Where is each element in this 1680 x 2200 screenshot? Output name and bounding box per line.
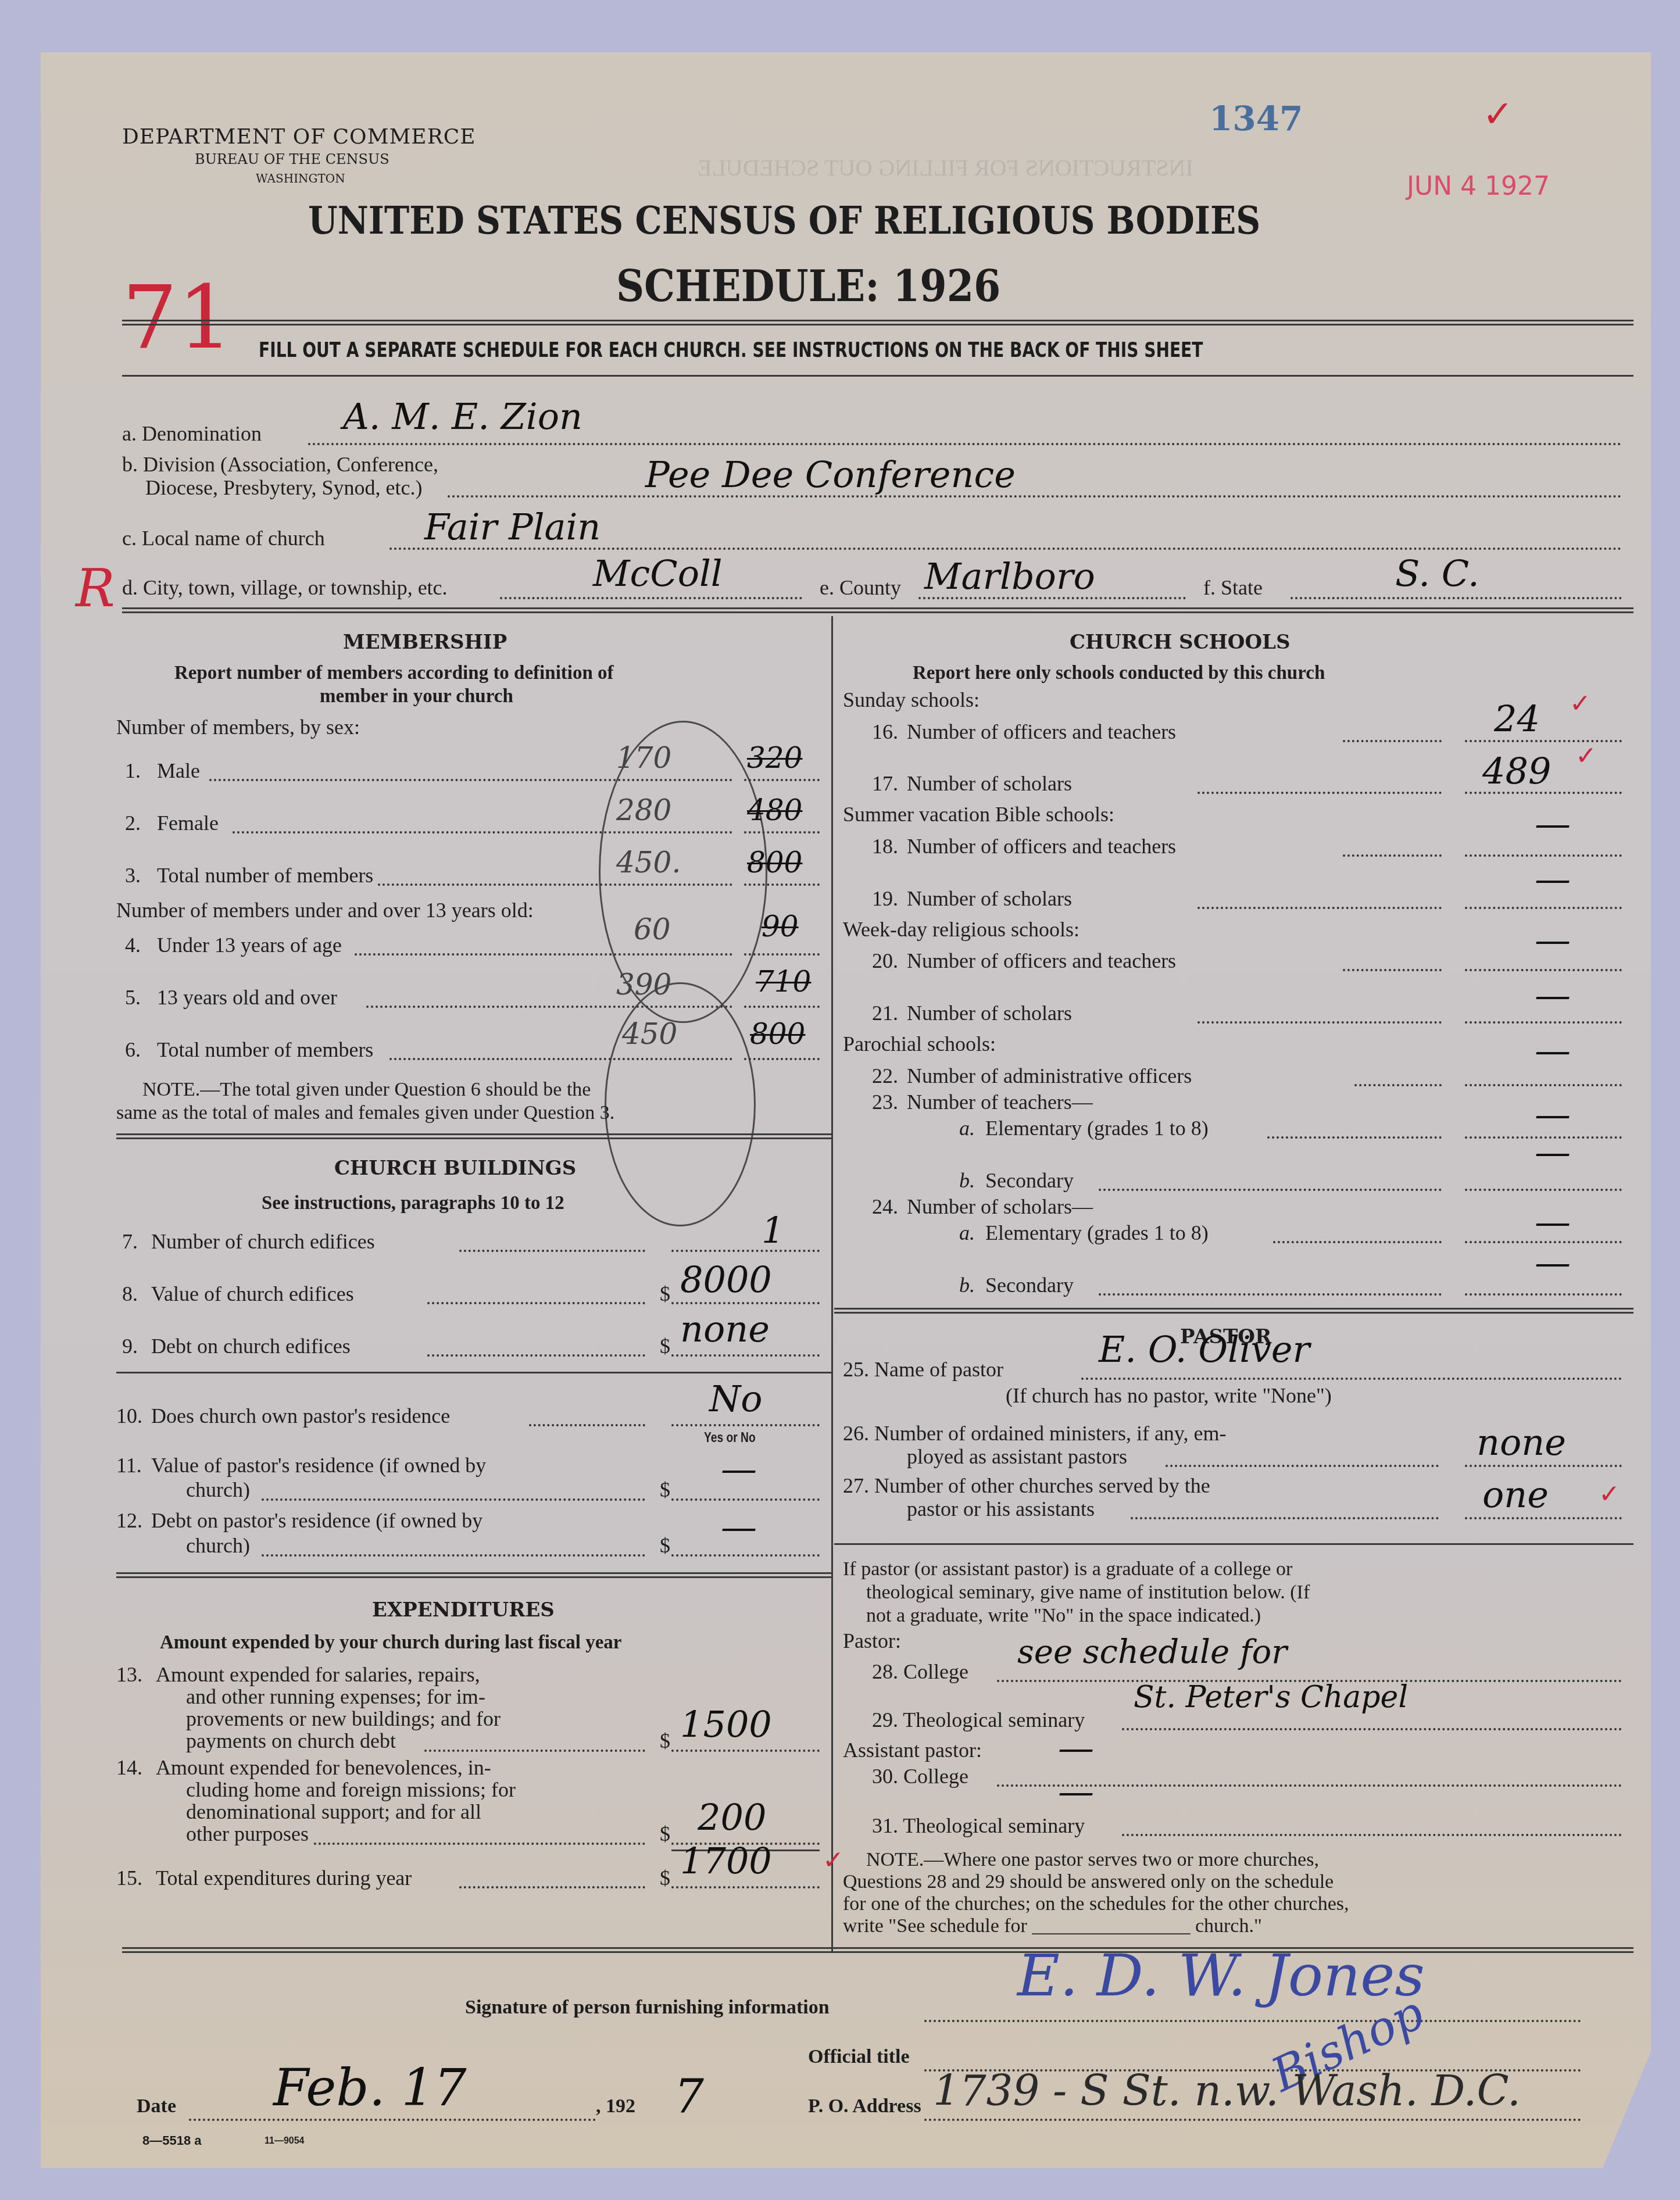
row-label: Male <box>157 759 200 783</box>
leader-line <box>366 1006 732 1008</box>
leader-line <box>459 1886 645 1888</box>
census-schedule-sheet: INSTRUCTIONS FOR FILLING OUT SCHEDULE DE… <box>41 52 1651 2168</box>
row-label: Value of church edifices <box>151 1282 354 1306</box>
church-schools-subtitle: Report here only schools conducted by th… <box>913 663 1325 684</box>
row-number: 19. <box>872 886 898 911</box>
assistant-seminary-value[interactable]: — <box>1058 1770 1094 1812</box>
weekday-teachers-value[interactable]: — <box>1535 918 1571 961</box>
leader-line <box>262 1498 645 1501</box>
leader-line <box>459 1250 645 1252</box>
answer-line <box>744 1006 820 1008</box>
assistant-subheading: Assistant pastor: <box>843 1738 982 1762</box>
row-label: Elementary (grades 1 to 8) <box>985 1221 1209 1245</box>
denomination-label: a. Denomination <box>122 421 262 446</box>
state-line <box>1291 597 1622 599</box>
answer-line <box>1465 969 1622 971</box>
assistant-pastors-label-1: 26. Number of ordained ministers, if any… <box>843 1421 1227 1446</box>
secondary-scholars-value[interactable]: — <box>1535 1241 1571 1283</box>
row-number: 4. <box>125 933 141 957</box>
row-number: 17. <box>872 771 898 796</box>
row-number: 5. <box>125 985 141 1010</box>
date-label: Date <box>137 2095 176 2117</box>
row-label: Total number of members <box>157 863 373 888</box>
secondary-teachers-value[interactable]: — <box>1535 1131 1571 1173</box>
row-label: other purposes <box>186 1822 309 1846</box>
benevolences-value[interactable]: 200 <box>698 1796 766 1838</box>
expenditures-subtitle: Amount expended by your church during la… <box>160 1632 622 1654</box>
sunday-schools-label: Sunday schools: <box>843 688 980 712</box>
graduate-note-2: theological seminary, give name of insti… <box>866 1581 1310 1604</box>
leader-line <box>233 831 732 834</box>
assistant-pastors-value[interactable]: none <box>1477 1421 1566 1464</box>
leader-line <box>1343 740 1442 742</box>
answer-line <box>1465 907 1622 909</box>
row-label: Number of scholars <box>907 771 1072 796</box>
pastor-seminary-label: 29. Theological seminary <box>872 1708 1085 1732</box>
address-value[interactable]: 1739 - S St. n.w. Wash. D.C. <box>933 2066 1521 2115</box>
pastor-divider <box>834 1543 1633 1545</box>
leader-line <box>1099 1293 1442 1296</box>
membership-subtitle-1: Report number of members according to de… <box>174 663 614 684</box>
buildings-inner-divider <box>116 1372 831 1373</box>
answer-line <box>1465 854 1622 857</box>
row-label: Value of pastor's residence (if owned by <box>151 1453 486 1478</box>
answer-line <box>1465 1189 1622 1191</box>
row-number: 1. <box>125 759 141 783</box>
bureau-name: BUREAU OF THE CENSUS <box>195 151 389 167</box>
by-sex-label: Number of members, by sex: <box>116 715 360 739</box>
column-divider <box>831 616 833 1953</box>
county-label: e. County <box>820 575 901 600</box>
answer-line <box>744 779 820 781</box>
leader-line <box>1131 1517 1439 1519</box>
weekday-scholars-value[interactable]: — <box>1535 974 1571 1016</box>
answer-line <box>744 883 820 886</box>
address-line <box>924 2119 1581 2121</box>
row-label: Number of scholars— <box>907 1194 1093 1219</box>
leader-line <box>389 1058 732 1060</box>
summer-teachers-value[interactable]: — <box>1535 802 1571 845</box>
row-number: 14. <box>116 1755 142 1780</box>
county-value[interactable]: Marlboro <box>924 555 1095 598</box>
row-label: payments on church debt <box>186 1729 396 1753</box>
row-number: 7. <box>122 1229 138 1254</box>
leader-line <box>1354 1084 1442 1086</box>
expenditures-heading: EXPENDITURES <box>372 1598 555 1622</box>
assistant-college-value[interactable]: — <box>1058 1726 1094 1769</box>
pastor-note-1: NOTE.—Where one pastor serves two or mor… <box>866 1848 1319 1872</box>
total-2-revised-value[interactable]: 450 <box>622 1017 677 1051</box>
over-13-revised-value[interactable]: 390 <box>616 968 671 1001</box>
row-number: 13. <box>116 1662 142 1687</box>
row-label: Number of scholars <box>907 1001 1072 1025</box>
church-buildings-heading: CHURCH BUILDINGS <box>334 1157 576 1180</box>
pastor-seminary-line <box>1122 1728 1622 1730</box>
check-mark-icon: ✓ <box>823 1845 844 1875</box>
answer-line <box>1465 1293 1622 1296</box>
answer-line <box>671 1424 820 1426</box>
leader-line <box>1198 792 1442 794</box>
row-number: b. <box>959 1168 975 1193</box>
membership-heading: MEMBERSHIP <box>343 631 507 654</box>
state-label: f. State <box>1203 575 1263 600</box>
pastor-note-2: Questions 28 and 29 should be answered o… <box>843 1870 1334 1894</box>
division-label-2: Diocese, Presbytery, Synod, etc.) <box>145 475 423 500</box>
row-label: denominational support; and for all <box>186 1800 481 1824</box>
owns-residence-value[interactable]: No <box>709 1378 763 1420</box>
female-revised-value[interactable]: 280 <box>616 793 671 827</box>
answer-line <box>671 1354 820 1357</box>
answer-line <box>744 1058 820 1060</box>
row-number: 11. <box>116 1453 142 1478</box>
row-label: Number of officers and teachers <box>907 720 1176 744</box>
row-label: Amount expended for benevolences, in- <box>156 1755 491 1780</box>
other-churches-label-2: pastor or his assistants <box>907 1497 1095 1521</box>
dollar-sign: $ <box>660 1533 670 1558</box>
row-label: 13 years old and over <box>157 985 337 1010</box>
buildings-divider <box>116 1572 831 1578</box>
assistant-seminary-line <box>1122 1834 1622 1836</box>
under-13-original-value[interactable]: 90 <box>762 910 799 943</box>
leader-line <box>1166 1465 1439 1467</box>
summer-scholars-value[interactable]: — <box>1535 857 1571 900</box>
leader-line <box>209 779 732 781</box>
year-prefix: , 192 <box>596 2095 635 2117</box>
pastor-college-value[interactable]: see schedule for <box>1017 1633 1287 1671</box>
file-number-stamp: 1347 <box>1209 99 1303 138</box>
answer-line <box>671 1750 820 1752</box>
row-number: 2. <box>125 811 141 835</box>
dollar-sign: $ <box>660 1282 670 1306</box>
leader-line <box>1267 1136 1442 1139</box>
pastor-name-line <box>1081 1378 1622 1380</box>
row-label: Secondary <box>985 1168 1074 1193</box>
official-title-label: Official title <box>808 2046 910 2068</box>
edifices-count-value[interactable]: 1 <box>762 1209 784 1251</box>
row-number: a. <box>959 1116 975 1140</box>
leader-line <box>427 1354 645 1357</box>
yes-no-hint: Yes or No <box>704 1430 756 1446</box>
row-number: 23. <box>872 1090 898 1114</box>
form-title: UNITED STATES CENSUS OF RELIGIOUS BODIES <box>308 198 1260 243</box>
division-line <box>448 495 1622 498</box>
leader-line <box>1343 969 1442 971</box>
other-churches-label-1: 27. Number of other churches served by t… <box>843 1473 1210 1498</box>
row-label: Number of officers and teachers <box>907 834 1176 858</box>
city-label: d. City, town, village, or township, etc… <box>122 575 448 600</box>
row-number: 21. <box>872 1001 898 1025</box>
row-label-cont: church) <box>186 1478 250 1502</box>
check-mark-icon: ✓ <box>1570 689 1591 718</box>
membership-divider <box>116 1133 831 1139</box>
answer-line <box>671 1886 820 1888</box>
answer-line <box>744 831 820 834</box>
bleed-through-text: INSTRUCTIONS FOR FILLING OUT SCHEDULE <box>698 154 1193 181</box>
total-original-value[interactable]: 800 <box>747 846 802 879</box>
leader-line <box>1198 907 1442 909</box>
church-buildings-subtitle: See instructions, paragraphs 10 to 12 <box>262 1193 564 1214</box>
row-number: 20. <box>872 949 898 973</box>
row-label: cluding home and foreign missions; for <box>186 1777 516 1802</box>
row-label: Number of scholars <box>907 886 1072 911</box>
pastor-college-label: 28. College <box>872 1659 968 1684</box>
leader-line <box>1198 1021 1442 1024</box>
signature-value[interactable]: E. D. W. Jones <box>1017 1941 1425 2009</box>
row-number: 24. <box>872 1194 898 1219</box>
sunday-teachers-value[interactable]: 24 <box>1494 697 1540 740</box>
elementary-teachers-value[interactable]: — <box>1535 1093 1571 1135</box>
row-number: a. <box>959 1221 975 1245</box>
row-label: Debt on church edifices <box>151 1334 351 1358</box>
received-date-stamp: JUN 4 1927 <box>1407 171 1550 201</box>
total-revised-value[interactable]: 450. <box>616 846 681 879</box>
residence-value[interactable]: — <box>721 1447 757 1490</box>
other-churches-value[interactable]: one <box>1482 1473 1549 1516</box>
residence-debt-value[interactable]: — <box>721 1505 757 1548</box>
row-number: 6. <box>125 1038 141 1062</box>
city-value[interactable]: McColl <box>593 552 723 595</box>
graduate-note-1: If pastor (or assistant pastor) is a gra… <box>843 1558 1292 1581</box>
leader-line <box>1343 854 1442 857</box>
check-mark-icon: ✓ <box>1599 1479 1620 1509</box>
male-revised-value[interactable]: 170 <box>616 741 671 775</box>
check-mark-icon: ✓ <box>1482 93 1514 136</box>
pastor-note-4: write "See schedule for ________________… <box>843 1915 1262 1938</box>
answer-line <box>1465 1021 1622 1024</box>
weekday-schools-label: Week-day religious schools: <box>843 917 1080 942</box>
department-name: DEPARTMENT OF COMMERCE <box>122 125 476 149</box>
row-number: 9. <box>122 1334 138 1358</box>
assistant-pastors-label-2: ployed as assistant pastors <box>907 1444 1127 1469</box>
row-number: 15. <box>116 1866 142 1890</box>
row-number: 16. <box>872 720 898 744</box>
row-label: Total expenditures during year <box>156 1866 412 1890</box>
state-value[interactable]: S. C. <box>1395 552 1479 595</box>
margin-number: 71 <box>122 267 233 369</box>
row-number: 8. <box>122 1282 138 1306</box>
parochial-schools-label: Parochial schools: <box>843 1032 996 1056</box>
edifices-value[interactable]: 8000 <box>680 1258 772 1301</box>
row-number: 10. <box>116 1404 142 1428</box>
answer-line <box>744 953 820 956</box>
row-number: 22. <box>872 1064 898 1088</box>
age-label: Number of members under and over 13 year… <box>116 898 534 922</box>
division-label-1: b. Division (Association, Conference, <box>122 452 438 477</box>
dollar-sign: $ <box>660 1334 670 1358</box>
assistant-seminary-label: 31. Theological seminary <box>872 1813 1085 1838</box>
pastor-note-3: for one of the churches; on the schedule… <box>843 1893 1349 1916</box>
answer-line <box>671 1498 820 1501</box>
leader-line <box>1099 1189 1442 1191</box>
pastor-subheading: Pastor: <box>843 1629 901 1653</box>
female-original-value[interactable]: 480 <box>747 793 802 827</box>
schools-divider <box>834 1308 1633 1314</box>
row-label: Amount expended for salaries, repairs, <box>156 1662 480 1687</box>
year-value[interactable]: 7 <box>674 2069 704 2123</box>
over-13-original-value[interactable]: 710 <box>756 965 811 999</box>
answer-line <box>1465 1517 1622 1519</box>
signature-line <box>924 2020 1581 2022</box>
margin-mark: R <box>76 558 115 619</box>
row-number: b. <box>959 1273 975 1297</box>
pastor-name-hint: (If church has no pastor, write "None") <box>1006 1383 1332 1408</box>
answer-line <box>1465 1084 1622 1086</box>
total-expenditures-value[interactable]: 1700 <box>680 1840 772 1882</box>
local-name-label: c. Local name of church <box>122 526 325 550</box>
local-name-value[interactable]: Fair Plain <box>424 506 600 548</box>
identification-divider <box>122 607 1633 613</box>
membership-note-2: same as the total of males and females g… <box>116 1101 614 1125</box>
header-divider <box>122 320 1633 325</box>
leader-line <box>1273 1241 1442 1243</box>
row-label: Number of teachers— <box>907 1090 1093 1114</box>
row-label: Debt on pastor's residence (if owned by <box>151 1508 482 1533</box>
pastor-seminary-value[interactable]: St. Peter's Chapel <box>1134 1680 1408 1715</box>
membership-note-1: NOTE.—The total given under Question 6 s… <box>142 1078 591 1101</box>
dollar-sign: $ <box>660 1729 670 1753</box>
signature-label: Signature of person furnishing informati… <box>465 1997 830 2019</box>
dollar-sign: $ <box>660 1478 670 1502</box>
row-label: Secondary <box>985 1273 1074 1297</box>
sunday-scholars-value[interactable]: 489 <box>1482 750 1551 792</box>
address-label: P. O. Address <box>808 2095 921 2117</box>
row-label: provements or new buildings; and for <box>186 1707 501 1731</box>
row-label: Does church own pastor's residence <box>151 1404 450 1428</box>
answer-line <box>1465 740 1622 742</box>
running-expenses-value[interactable]: 1500 <box>680 1703 772 1745</box>
denomination-value[interactable]: A. M. E. Zion <box>343 395 582 438</box>
row-label-cont: church) <box>186 1533 250 1558</box>
pastor-name-label: 25. Name of pastor <box>843 1357 1003 1382</box>
row-number: 3. <box>125 863 141 888</box>
print-code: 11—9054 <box>264 2136 305 2147</box>
leader-line <box>378 883 732 886</box>
dollar-sign: $ <box>660 1822 670 1846</box>
division-value[interactable]: Pee Dee Conference <box>645 453 1016 496</box>
total-2-original-value[interactable]: 800 <box>750 1017 805 1051</box>
summer-schools-label: Summer vacation Bible schools: <box>843 802 1114 827</box>
pastor-name-value[interactable]: E. O. Oliver <box>1099 1328 1310 1371</box>
row-number: 12. <box>116 1508 142 1533</box>
row-label: Under 13 years of age <box>157 933 342 957</box>
answer-line <box>671 1302 820 1304</box>
leader-line <box>424 1750 645 1752</box>
row-number: 18. <box>872 834 898 858</box>
schedule-year: SCHEDULE: 1926 <box>616 262 1000 312</box>
answer-line <box>1465 1465 1622 1467</box>
answer-line <box>671 1250 820 1252</box>
edifices-debt-value[interactable]: none <box>680 1308 770 1350</box>
date-line <box>189 2119 596 2121</box>
denomination-line <box>308 443 1622 445</box>
membership-subtitle-2: member in your church <box>320 686 513 707</box>
under-13-revised-value[interactable]: 60 <box>634 913 671 946</box>
dollar-sign: $ <box>660 1866 670 1890</box>
leader-line <box>262 1554 645 1557</box>
answer-line <box>671 1554 820 1557</box>
form-number: 8—5518 a <box>142 2133 202 2148</box>
admin-officers-value[interactable]: — <box>1535 1029 1571 1071</box>
elementary-scholars-value[interactable]: — <box>1535 1200 1571 1243</box>
row-label: Female <box>157 811 219 835</box>
row-label: Number of church edifices <box>151 1229 375 1254</box>
leader-line <box>355 953 732 956</box>
leader-line <box>427 1302 645 1304</box>
banner-divider <box>122 375 1633 377</box>
church-schools-heading: CHURCH SCHOOLS <box>1070 631 1291 654</box>
date-value[interactable]: Feb. 17 <box>273 2058 467 2117</box>
bureau-city: WASHINGTON <box>256 171 345 185</box>
male-original-value[interactable]: 320 <box>747 741 802 775</box>
row-label: and other running expenses; for im- <box>186 1684 485 1709</box>
assistant-college-label: 30. College <box>872 1764 968 1788</box>
row-label: Number of officers and teachers <box>907 949 1176 973</box>
city-line <box>500 597 802 599</box>
check-mark-icon: ✓ <box>1575 741 1597 771</box>
graduate-note-3: not a graduate, write "No" in the space … <box>866 1604 1261 1627</box>
leader-line <box>314 1843 645 1845</box>
row-label: Number of administrative officers <box>907 1064 1192 1088</box>
instructions-banner: FILL OUT A SEPARATE SCHEDULE FOR EACH CH… <box>259 338 1203 362</box>
leader-line <box>529 1424 645 1426</box>
row-label: Total number of members <box>157 1038 373 1062</box>
row-label: Elementary (grades 1 to 8) <box>985 1116 1209 1140</box>
